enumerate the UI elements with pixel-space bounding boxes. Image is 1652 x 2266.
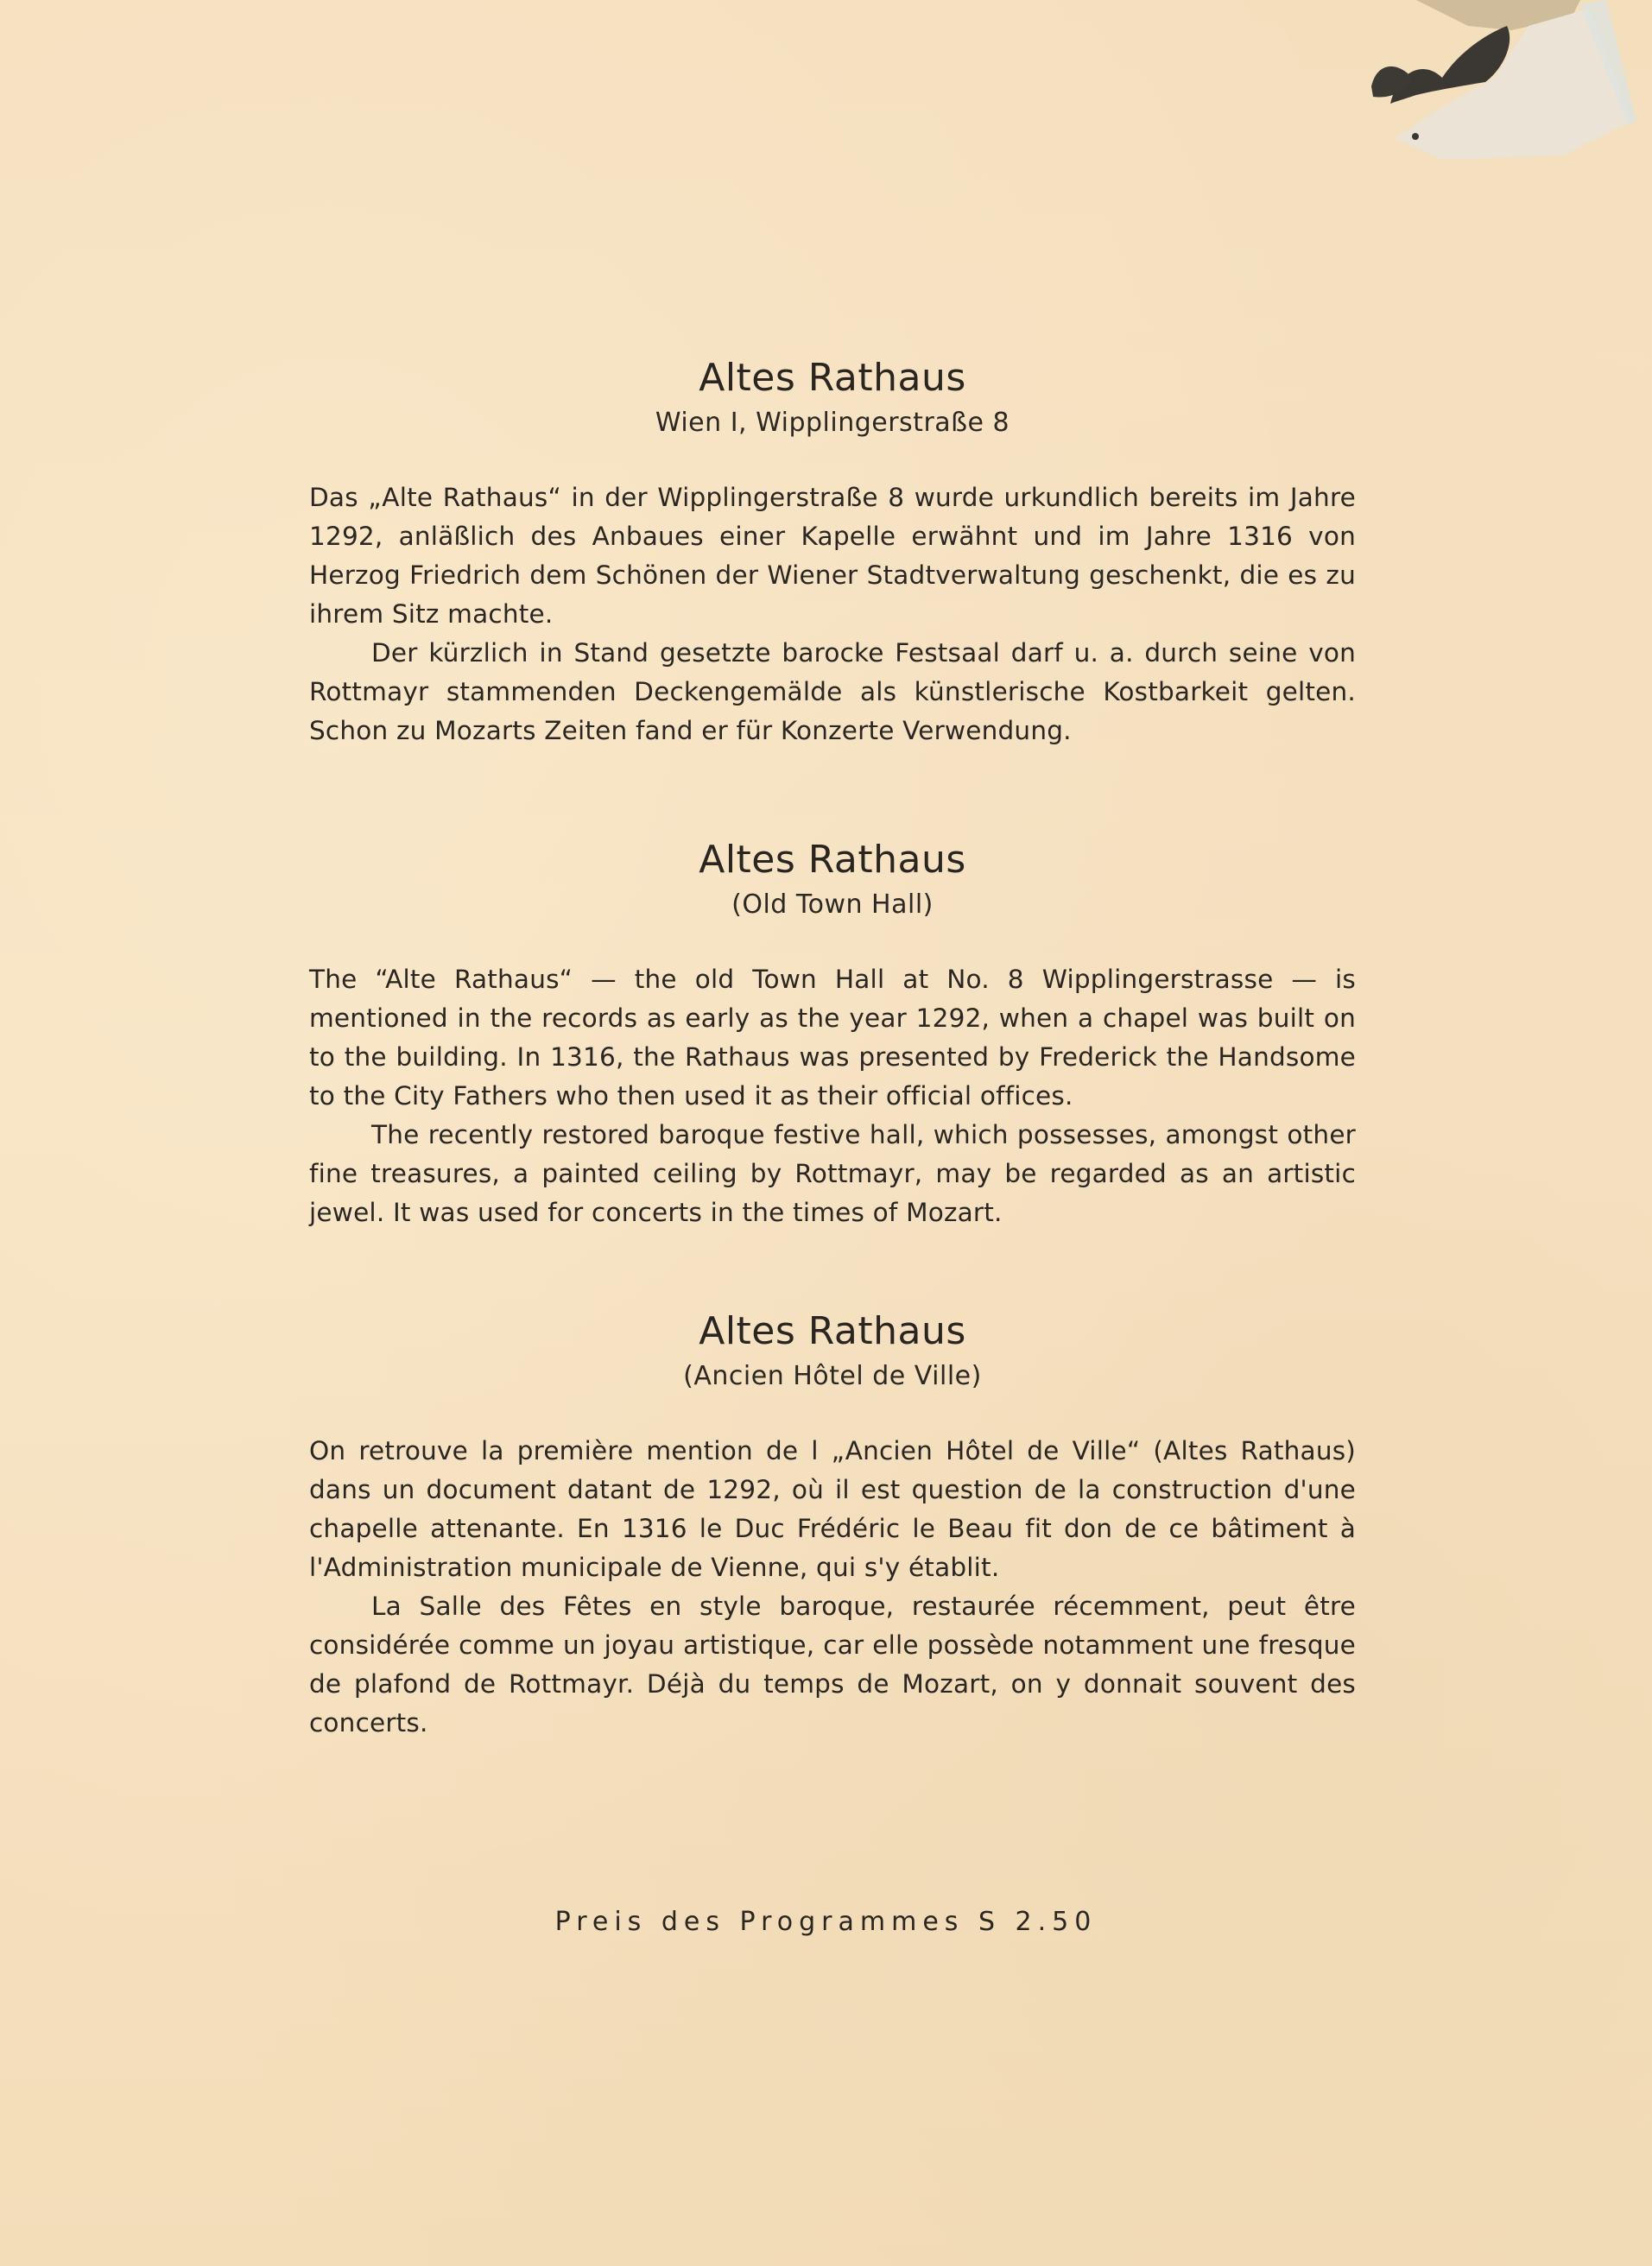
section-subtitle: (Ancien Hôtel de Ville) xyxy=(309,1359,1356,1394)
paragraph: Der kürzlich in Stand gesetzte barocke F… xyxy=(309,634,1356,750)
paragraph: La Salle des Fêtes en style baroque, res… xyxy=(309,1587,1356,1743)
section-title: Altes Rathaus xyxy=(309,354,1356,402)
paragraph: Das „Alte Rathaus“ in der Wipplingerstra… xyxy=(309,478,1356,634)
paragraph: On retrouve la première mention de l „An… xyxy=(309,1432,1356,1587)
program-price: Preis des Programmes S 2.50 xyxy=(0,1907,1652,1937)
paper-damage-mark xyxy=(1295,0,1652,173)
section-french: Altes Rathaus (Ancien Hôtel de Ville) On… xyxy=(309,1307,1356,1743)
section-subtitle: (Old Town Hall) xyxy=(309,888,1356,922)
address-subtitle: Wien I, Wipplingerstraße 8 xyxy=(309,406,1356,440)
section-english: Altes Rathaus (Old Town Hall) The “Alte … xyxy=(309,836,1356,1232)
section-title: Altes Rathaus xyxy=(309,1307,1356,1356)
paragraph: The recently restored baroque festive ha… xyxy=(309,1116,1356,1232)
section-german: Altes Rathaus Wien I, Wipplingerstraße 8… xyxy=(309,354,1356,750)
section-title: Altes Rathaus xyxy=(309,836,1356,884)
paragraph: The “Alte Rathaus“ — the old Town Hall a… xyxy=(309,960,1356,1116)
